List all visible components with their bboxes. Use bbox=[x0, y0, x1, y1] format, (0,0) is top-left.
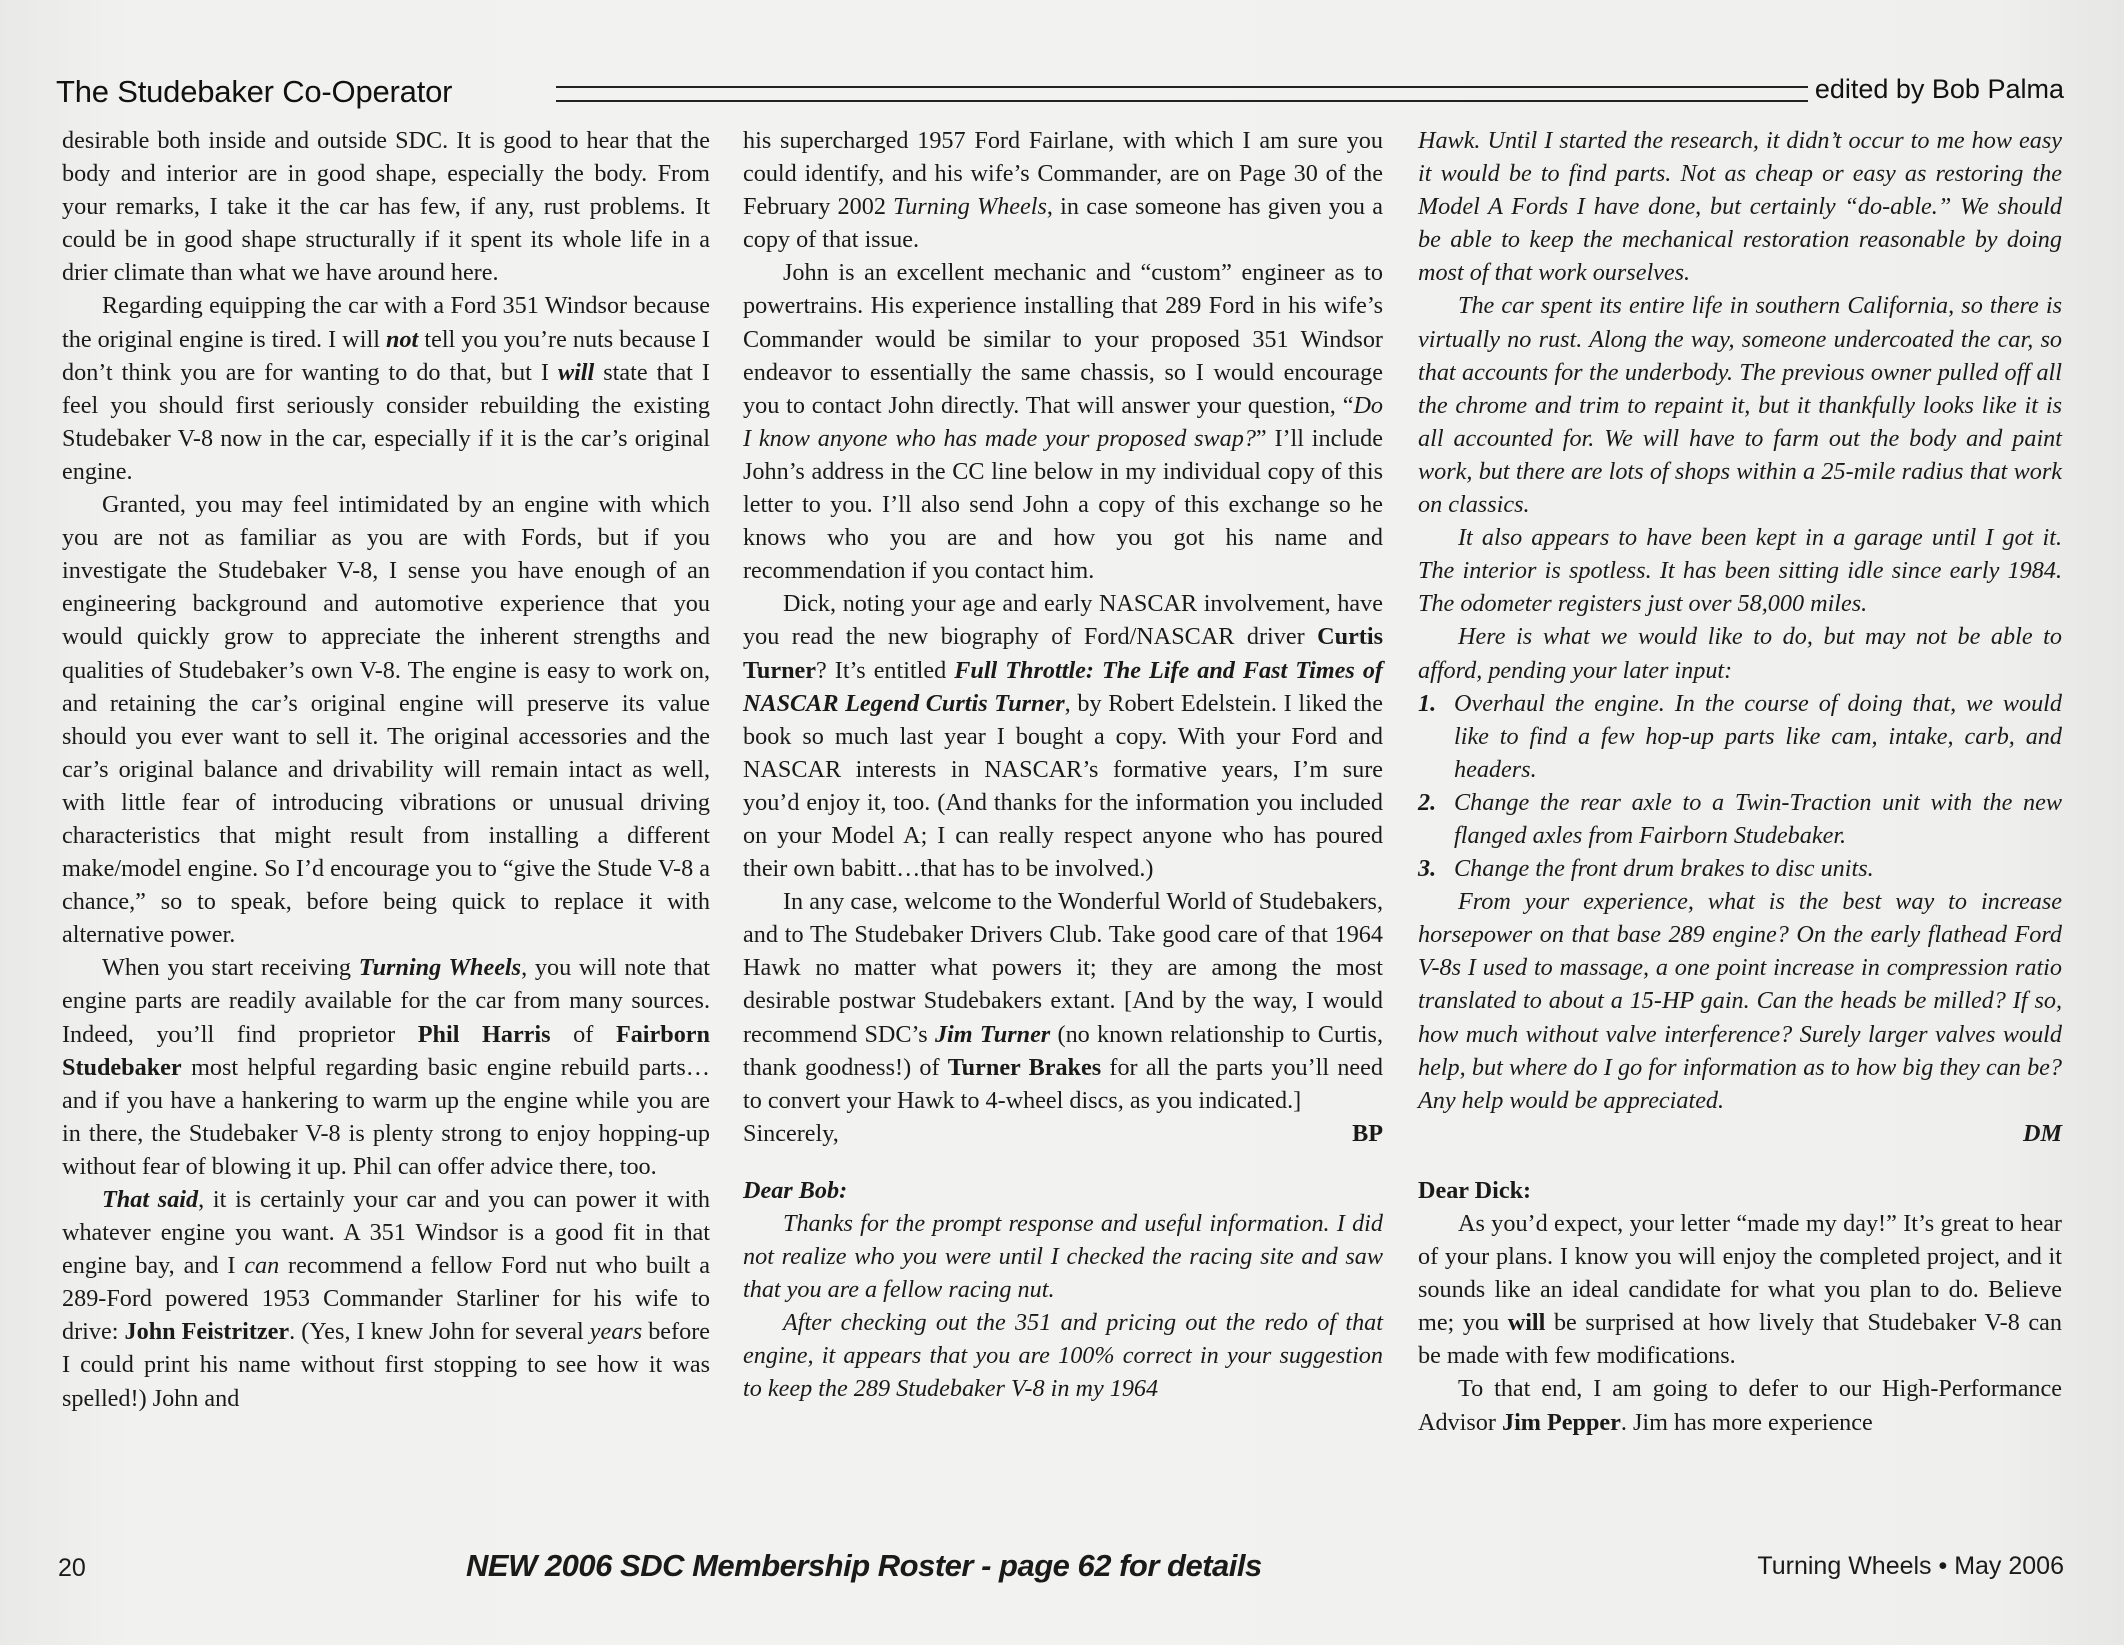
paragraph: It also appears to have been kept in a g… bbox=[1418, 521, 2062, 620]
emphasis-text: John Feistritzer bbox=[125, 1318, 290, 1345]
text-run: of bbox=[551, 1021, 616, 1048]
emphasis-text: Jim Turner bbox=[935, 1021, 1050, 1048]
paragraph: John is an excellent mechanic and “custo… bbox=[743, 256, 1383, 587]
list-item: 1.Overhaul the engine. In the course of … bbox=[1418, 687, 2062, 786]
page-footer: 20 NEW 2006 SDC Membership Roster - page… bbox=[56, 1548, 2064, 1588]
emphasis-text: Turner Brakes bbox=[948, 1054, 1101, 1081]
letter-signoff: Sincerely,BP bbox=[743, 1117, 1383, 1150]
emphasis-text: can bbox=[244, 1252, 279, 1279]
signature-initials: BP bbox=[1352, 1117, 1383, 1150]
issue-info: Turning Wheels • May 2006 bbox=[1757, 1552, 2064, 1581]
text-run: . (Yes, I knew John for several bbox=[289, 1318, 590, 1345]
letter-greeting: Dear Bob: bbox=[743, 1174, 1383, 1207]
text-run: Hawk. Until I started the research, it d… bbox=[1418, 127, 2062, 286]
paragraph: Dick, noting your age and early NASCAR i… bbox=[743, 587, 1383, 885]
list-number: 1. bbox=[1418, 687, 1436, 720]
text-run: It also appears to have been kept in a g… bbox=[1418, 524, 2062, 617]
text-run: Here is what we would like to do, but ma… bbox=[1418, 623, 2062, 683]
paragraph: When you start receiving Turning Wheels,… bbox=[62, 951, 710, 1183]
text-run: , by Robert Edelstein. I liked the book … bbox=[743, 690, 1383, 882]
header-double-rule bbox=[556, 86, 1808, 102]
page-number: 20 bbox=[58, 1554, 86, 1583]
closing: Sincerely, bbox=[743, 1117, 839, 1150]
text-run: Thanks for the prompt response and usefu… bbox=[743, 1210, 1383, 1303]
text-run: When you start receiving bbox=[102, 954, 359, 981]
paragraph: Hawk. Until I started the research, it d… bbox=[1418, 124, 2062, 289]
list-item-text: Change the front drum brakes to disc uni… bbox=[1454, 855, 1874, 882]
emphasis-text: Turning Wheels bbox=[893, 193, 1047, 220]
text-run: desirable both inside and outside SDC. I… bbox=[62, 127, 710, 286]
paragraph: The car spent its entire life in souther… bbox=[1418, 289, 2062, 521]
paragraph: Thanks for the prompt response and usefu… bbox=[743, 1207, 1383, 1306]
emphasis-text: not bbox=[386, 326, 418, 353]
text-run: Dick, noting your age and early NASCAR i… bbox=[743, 590, 1383, 650]
emphasis-text: years bbox=[590, 1318, 642, 1345]
text-run: The car spent its entire life in souther… bbox=[1418, 292, 2062, 518]
text-run: ? It’s entitled bbox=[816, 657, 954, 684]
paragraph: Granted, you may feel intimidated by an … bbox=[62, 488, 710, 951]
column-title: The Studebaker Co-Operator bbox=[56, 74, 452, 110]
paragraph: Regarding equipping the car with a Ford … bbox=[62, 289, 710, 488]
signature-initials: DM bbox=[2023, 1117, 2062, 1150]
editor-credit: edited by Bob Palma bbox=[1815, 74, 2064, 105]
text-column-1: desirable both inside and outside SDC. I… bbox=[62, 124, 710, 1415]
numbered-list: 1.Overhaul the engine. In the course of … bbox=[1418, 687, 2062, 886]
list-item-text: Change the rear axle to a Twin-Traction … bbox=[1454, 789, 2062, 849]
text-run: After checking out the 351 and pricing o… bbox=[743, 1309, 1383, 1402]
list-item: 3.Change the front drum brakes to disc u… bbox=[1418, 852, 2062, 885]
list-number: 2. bbox=[1418, 786, 1436, 819]
paragraph: In any case, welcome to the Wonderful Wo… bbox=[743, 885, 1383, 1117]
emphasis-text: Jim Pepper bbox=[1502, 1409, 1621, 1436]
letter-greeting: Dear Dick: bbox=[1418, 1174, 2062, 1207]
emphasis-text: will bbox=[1508, 1309, 1546, 1336]
paragraph: his supercharged 1957 Ford Fairlane, wit… bbox=[743, 124, 1383, 256]
emphasis-text: will bbox=[558, 359, 594, 386]
emphasis-text: That said bbox=[102, 1186, 198, 1213]
emphasis-text: Phil Harris bbox=[418, 1021, 551, 1048]
roster-promo: NEW 2006 SDC Membership Roster - page 62… bbox=[466, 1548, 1262, 1584]
list-item-text: Overhaul the engine. In the course of do… bbox=[1454, 690, 2062, 783]
paragraph: To that end, I am going to defer to our … bbox=[1418, 1372, 2062, 1438]
text-column-3: Hawk. Until I started the research, it d… bbox=[1418, 124, 2062, 1439]
text-run: Granted, you may feel intimidated by an … bbox=[62, 491, 710, 948]
list-number: 3. bbox=[1418, 852, 1436, 885]
magazine-page: The Studebaker Co-Operator edited by Bob… bbox=[0, 0, 2124, 1645]
text-run: John is an excellent mechanic and “custo… bbox=[743, 259, 1383, 418]
page-header: The Studebaker Co-Operator edited by Bob… bbox=[56, 74, 2064, 118]
letter-signoff: DM bbox=[1418, 1117, 2062, 1150]
paragraph: That said, it is certainly your car and … bbox=[62, 1183, 710, 1415]
paragraph: From your experience, what is the best w… bbox=[1418, 885, 2062, 1117]
text-column-2: his supercharged 1957 Ford Fairlane, wit… bbox=[743, 124, 1383, 1406]
paragraph: Here is what we would like to do, but ma… bbox=[1418, 620, 2062, 686]
emphasis-text: Turning Wheels bbox=[359, 954, 521, 981]
paragraph: desirable both inside and outside SDC. I… bbox=[62, 124, 710, 289]
paragraph: As you’d expect, your letter “made my da… bbox=[1418, 1207, 2062, 1372]
text-run: . Jim has more experience bbox=[1621, 1409, 1873, 1436]
text-run: From your experience, what is the best w… bbox=[1418, 888, 2062, 1114]
paragraph: After checking out the 351 and pricing o… bbox=[743, 1306, 1383, 1405]
list-item: 2.Change the rear axle to a Twin-Tractio… bbox=[1418, 786, 2062, 852]
